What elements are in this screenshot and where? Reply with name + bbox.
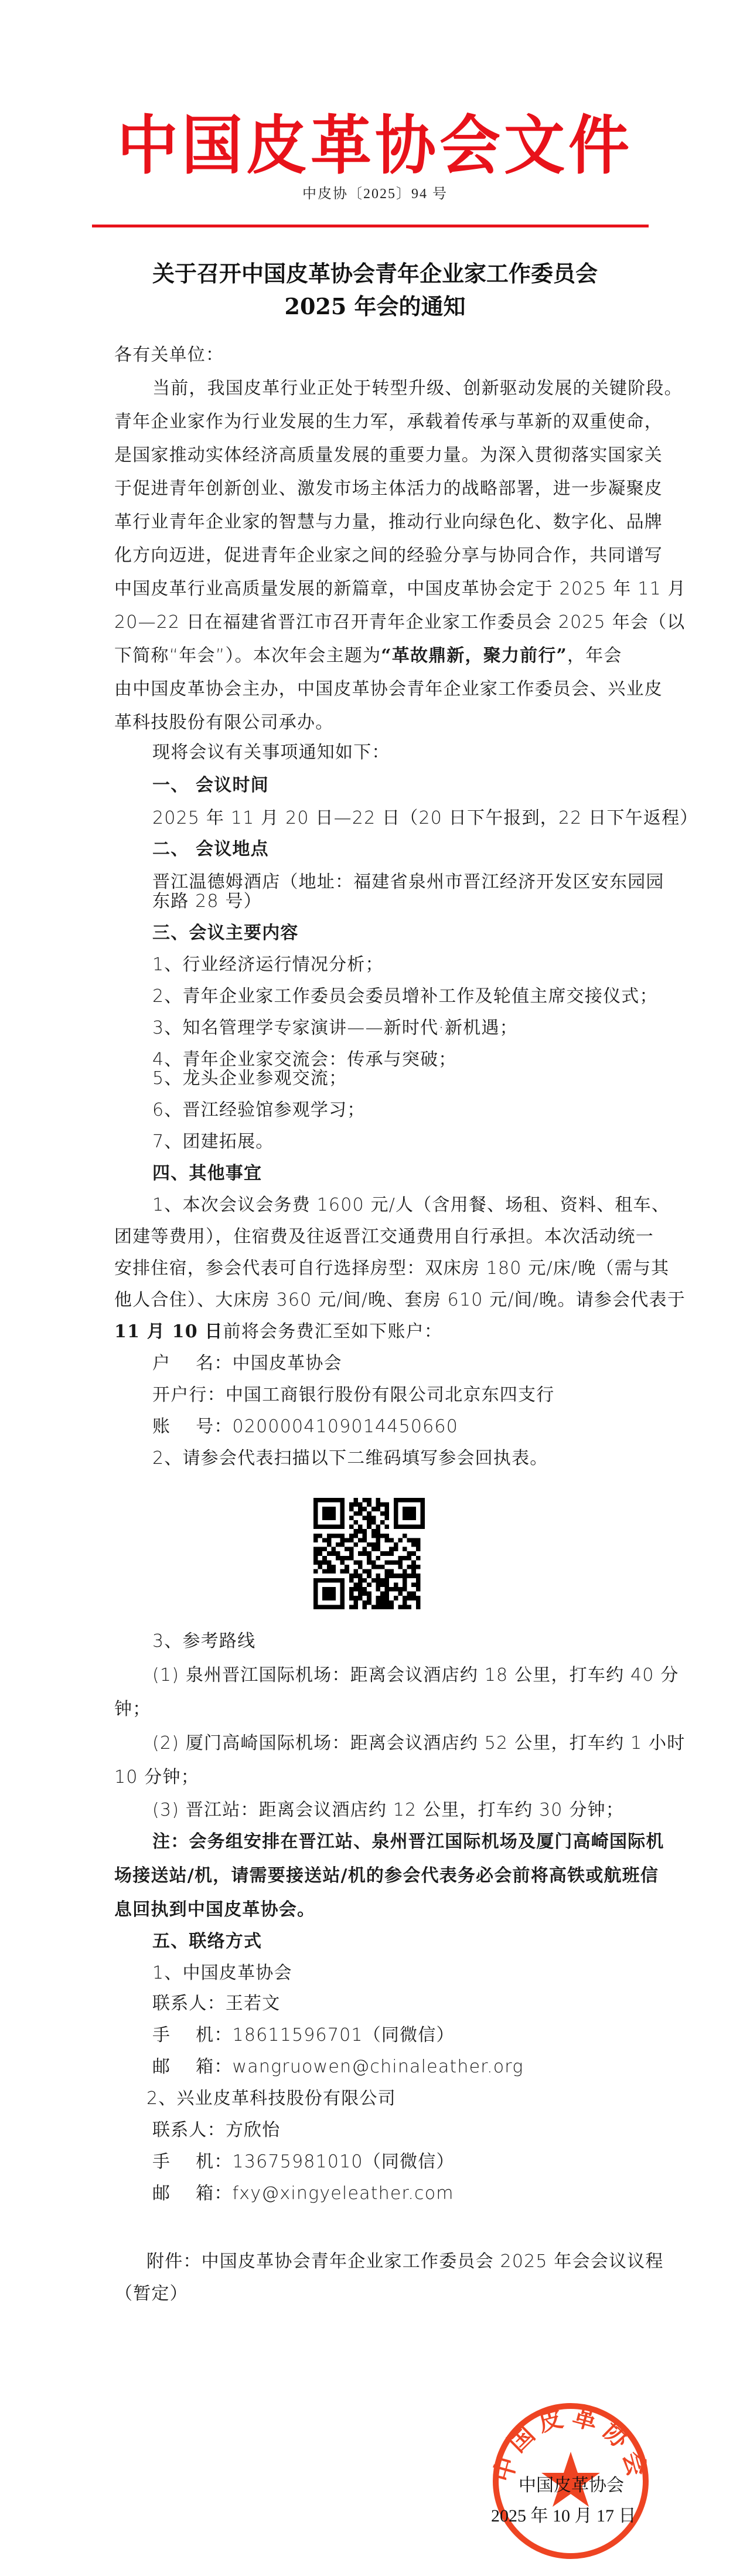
contact-person-label: 联系人： [152,2120,226,2140]
contact-person-name: 王若文 [226,1993,281,2014]
contact-person: 联系人：方欣怡 [152,2119,680,2142]
agenda-item: 3、知名管理学专家演讲——新时代·新机遇； [152,1017,680,1040]
contact-phone-value: 13675981010（同微信） [233,2152,455,2172]
payment-deadline: 11 月 10 日 [114,1321,223,1342]
intro-line: 革科技股份有限公司承办。 [114,711,642,735]
intro-line: 化方向迈进，促进青年企业家之间的经验分享与协同合作，共同谱写 [114,544,639,567]
attachment-line: （暂定） [115,2282,642,2306]
contact-email: 邮 箱：wangruowen@chinaleather.org [152,2055,680,2079]
contact-phone-value: 18611596701（同微信） [233,2025,455,2045]
section-heading-other: 四、其他事宜 [152,1162,680,1185]
document-page: 中国皮革协会文件 中皮协〔2025〕94 号 关于召开中国皮革协会青年企业家工作… [0,0,750,2576]
contact-phone-label: 手 机： [152,2152,233,2172]
section-heading-venue: 二、 会议地点 [152,838,680,861]
contact-email-value[interactable]: fxy@xingyeleather.com [233,2183,454,2204]
intro-line: 20—22 日在福建省晋江市召开青年企业家工作委员会 2025 年会（以 [114,611,639,634]
payment-deadline-text: 前将会务费汇至如下账户： [223,1321,442,1342]
contact-person-label: 联系人： [152,1993,226,2014]
account-bank-value: 中国工商银行股份有限公司北京东四支行 [226,1385,555,1405]
signing-organization: 中国皮革协会 [519,2470,624,2496]
fee-line: 他人合住）、大床房 360 元/间/晚、套房 610 元/间/晚。请参会代表于 [114,1289,639,1312]
intro-line: 当前，我国皮革行业正处于转型升级、创新驱动发展的关键阶段。 [152,377,639,400]
route-line: (1) 泉州晋江国际机场：距离会议酒店约 18 公里，打车约 40 分 [152,1664,642,1687]
fee-line: 1、本次会议会务费 1600 元/人（含用餐、场租、资料、租车、 [152,1194,642,1217]
conference-theme: “革故鼎新，聚力前行” [381,645,567,666]
attachment-line[interactable]: 附件：中国皮革协会青年企业家工作委员会 2025 年会会议议程 [146,2250,642,2273]
contact-person-name: 方欣怡 [226,2120,281,2140]
theme-prefix: 下简称“年会”）。本次年会主题为 [114,645,381,666]
intro-line: 由中国皮革协会主办，中国皮革协会青年企业家工作委员会、兴业皮 [114,678,639,701]
notice-title-line2: 2025 年会的通知 [0,288,750,321]
agenda-item: 5、龙头企业参观交流； [152,1067,680,1090]
section-heading-content: 三、会议主要内容 [152,922,680,945]
account-number: 账 号：0200004109014450660 [152,1415,680,1439]
account-bank-label: 开户行： [152,1385,226,1405]
pickup-note: 场接送站/机，请需要接送站/机的参会代表务必会前将高铁或航班信 [114,1864,639,1888]
masthead-divider [92,225,649,227]
contact-email-value[interactable]: wangruowen@chinaleather.org [233,2057,524,2077]
agenda-item: 2、青年企业家工作委员会委员增补工作及轮值主席交接仪式； [152,985,680,1008]
intro-line: 青年企业家作为行业发展的生力军，承载着传承与革新的双重使命， [114,410,639,434]
contact-phone: 手 机：13675981010（同微信） [152,2150,680,2174]
section-heading-time: 一、 会议时间 [152,774,680,797]
qr-instruction: 2、请参会代表扫描以下二维码填写参会回执表。 [152,1447,680,1470]
intro-line: 中国皮革行业高质量发展的新篇章，中国皮革协会定于 2025 年 11 月 [114,577,639,601]
signing-date: 2025 年 10 月 17 日 [491,2501,636,2527]
document-number: 中皮协〔2025〕94 号 [0,182,750,202]
salutation: 各有关单位： [114,344,642,367]
route-line: (3) 晋江站：距离会议酒店约 12 公里，打车约 30 分钟； [152,1799,680,1822]
account-bank: 开户行：中国工商银行股份有限公司北京东四支行 [152,1384,680,1407]
fee-line: 安排住宿，参会代表可自行选择房型：双床房 180 元/床/晚（需与其 [114,1257,639,1280]
theme-suffix: ，年会 [567,645,622,666]
section-heading-contact: 五、联络方式 [152,1930,680,1953]
contact-email: 邮 箱：fxy@xingyeleather.com [152,2182,680,2205]
contact-org: 1、中国皮革协会 [152,1962,680,1985]
payment-deadline-line: 11 月 10 日前将会务费汇至如下账户： [114,1320,642,1344]
intro-line: 于促进青年创新创业、激发市场主体活力的战略部署，进一步凝聚皮 [114,477,639,501]
account-name-value: 中国皮革协会 [233,1353,342,1374]
fee-line: 团建等费用），住宿费及往返晋江交通费用自行承担。本次活动统一 [114,1225,639,1249]
registration-qr-code[interactable] [313,1498,425,1609]
contact-org: 2、兴业皮革科技股份有限公司 [146,2087,674,2111]
contact-phone-label: 手 机： [152,2025,233,2045]
agenda-item: 6、晋江经验馆参观学习； [152,1099,680,1122]
meeting-time: 2025 年 11 月 20 日—22 日（20 日下午报到，22 日下午返程） [152,807,680,830]
lead-in: 现将会议有关事项通知如下： [152,741,680,764]
venue-line: 东路 28 号） [152,890,680,913]
route-line: 10 分钟； [114,1766,642,1789]
agenda-item: 7、团建拓展。 [152,1130,680,1154]
route-line: 钟； [114,1698,642,1721]
account-name-label: 户 名： [152,1353,233,1374]
account-number-value: 0200004109014450660 [233,1416,458,1437]
contact-phone: 手 机：18611596701（同微信） [152,2024,680,2047]
intro-line: 革行业青年企业家的智慧与力量，推动行业向绿色化、数字化、品牌 [114,511,639,534]
contact-email-label: 邮 箱： [152,2183,233,2204]
routes-heading: 3、参考路线 [152,1630,680,1653]
pickup-note: 注：会务组安排在晋江站、泉州晋江国际机场及厦门高崎国际机 [152,1830,642,1854]
route-line: (2) 厦门高崎国际机场：距离会议酒店约 52 公里，打车约 1 小时 [152,1732,642,1755]
contact-email-label: 邮 箱： [152,2057,233,2077]
contact-person: 联系人：王若文 [152,1992,680,2016]
intro-line: 是国家推动实体经济高质量发展的重要力量。为深入贯彻落实国家关 [114,444,639,467]
notice-title-line1: 关于召开中国皮革协会青年企业家工作委员会 [0,256,750,288]
pickup-note: 息回执到中国皮革协会。 [114,1898,642,1922]
masthead-title: 中国皮革协会文件 [0,108,750,182]
intro-theme-line: 下简称“年会”）。本次年会主题为“革故鼎新，聚力前行”，年会 [114,644,642,668]
agenda-item: 1、行业经济运行情况分析； [152,953,680,977]
account-name: 户 名：中国皮革协会 [152,1352,680,1375]
account-number-label: 账 号： [152,1416,233,1437]
